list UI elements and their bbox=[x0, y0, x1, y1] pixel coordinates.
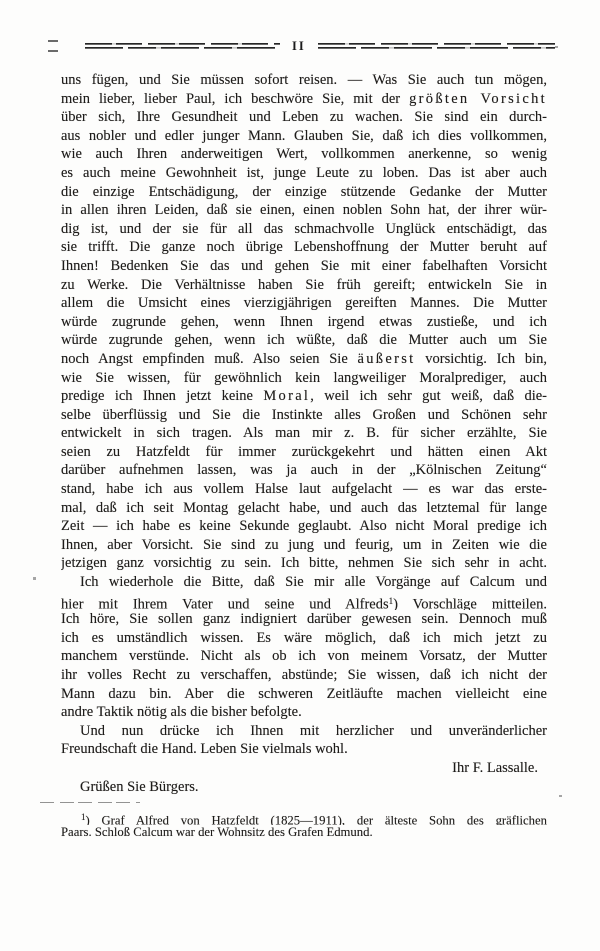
letter-line: Ihnen, aber Vorsicht. Sie sind zu jung u… bbox=[61, 536, 547, 555]
letter-line: jetzigen ganz vorsichtig zu sein. Ich bi… bbox=[61, 554, 547, 573]
letter-line: allem die Umsicht eines vierzigjährigen … bbox=[61, 294, 547, 313]
letter-line: uns fügen, und Sie müssen sofort reisen.… bbox=[61, 71, 547, 90]
head-rule-right bbox=[318, 43, 555, 49]
letter-line: Freundschaft die Hand. Leben Sie vielmal… bbox=[61, 740, 547, 759]
scan-speck bbox=[33, 577, 36, 580]
letter-text: uns fügen, und Sie müssen sofort reisen.… bbox=[61, 71, 547, 796]
letter-body: uns fügen, und Sie müssen sofort reisen.… bbox=[61, 71, 547, 759]
footnote-separator bbox=[40, 801, 140, 803]
letter-line: die einzige Entschädigung, der einzige s… bbox=[61, 183, 547, 202]
letter-line: dig ist, und der sie für all das schmach… bbox=[61, 220, 547, 239]
letter-signature: Ihr F. Lassalle. bbox=[61, 759, 547, 778]
letter-line: in allen ihren Leiden, daß sie einen, ei… bbox=[61, 201, 547, 220]
footnote-text: ) Graf Alfred von Hatzfeldt (1825—1911),… bbox=[86, 814, 548, 826]
scan-artifact bbox=[48, 40, 58, 52]
book-page: II uns fügen, und Sie müssen sofort reis… bbox=[0, 0, 600, 951]
letter-line: andre Taktik nötig als die bisher befolg… bbox=[61, 703, 547, 722]
scan-speck bbox=[555, 46, 558, 48]
letter-line: mal, daß ich seit Montag gelacht habe, u… bbox=[61, 499, 547, 518]
letter-line: predige ich Ihnen jetzt keine Moral, wei… bbox=[61, 387, 547, 406]
letter-line: hier mit Ihrem Vater und seine und Alfre… bbox=[61, 592, 547, 611]
letter-line: sie trifft. Die ganze noch übrige Lebens… bbox=[61, 238, 547, 257]
letter-postscript: Grüßen Sie Bürgers. bbox=[61, 778, 547, 797]
scan-speck bbox=[559, 795, 562, 797]
letter-line: Ich wiederhole die Bitte, daß Sie mir al… bbox=[61, 573, 547, 592]
letter-line: darüber aufnehmen lassen, was ja auch in… bbox=[61, 461, 547, 480]
letter-line: über sich, Ihre Gesundheit und Leben zu … bbox=[61, 108, 547, 127]
letter-line: Ich höre, Sie sollen ganz indigniert dar… bbox=[61, 610, 547, 629]
letter-line: Und nun drücke ich Ihnen mit herzlicher … bbox=[61, 722, 547, 741]
letter-line: mein lieber, lieber Paul, ich beschwöre … bbox=[61, 90, 547, 109]
letter-line: stand, habe ich aus vollem Halse laut au… bbox=[61, 480, 547, 499]
letter-line: Zeit — ich habe es keine Sekunde geglaub… bbox=[61, 517, 547, 536]
letter-line: seien zu Hatzfeldt für immer zurückgekeh… bbox=[61, 443, 547, 462]
letter-line: Mann dazu bin. Aber die schweren Zeitläu… bbox=[61, 685, 547, 704]
footnote-line: 1) Graf Alfred von Hatzfeldt (1825—1911)… bbox=[61, 810, 547, 825]
letter-line: aus nobler und edler junger Mann. Glaube… bbox=[61, 127, 547, 146]
letter-line: würde zugrunde gehen, wenn ich wüßte, da… bbox=[61, 331, 547, 350]
footnote-line: Paars. Schloß Calcum war der Wohnsitz de… bbox=[61, 825, 547, 840]
letter-line: selbe überflüssig und Sie die Instinkte … bbox=[61, 406, 547, 425]
letter-line: wie Sie wissen, für gewöhnlich kein lang… bbox=[61, 369, 547, 388]
letter-line: ich es umständlich wissen. Es wäre mögli… bbox=[61, 629, 547, 648]
footnote: 1) Graf Alfred von Hatzfeldt (1825—1911)… bbox=[61, 810, 547, 841]
letter-line: manchem verstünde. Nicht als ob ich von … bbox=[61, 647, 547, 666]
running-head: II bbox=[48, 38, 555, 53]
letter-line: wie auch Ihren anderweitigen Wert, vollk… bbox=[61, 145, 547, 164]
letter-line: ihr volles Recht zu verschaffen, abstünd… bbox=[61, 666, 547, 685]
letter-line: entwickelt in sich tragen. Als man mir z… bbox=[61, 424, 547, 443]
letter-line: zu Werke. Die Verhältnisse haben Sie frü… bbox=[61, 276, 547, 295]
letter-line: würde zugrunde gehen, wenn Ihnen irgend … bbox=[61, 313, 547, 332]
page-number: II bbox=[292, 39, 306, 53]
head-rule-left bbox=[85, 43, 280, 49]
letter-line: Ihnen! Bedenken Sie das und gehen Sie mi… bbox=[61, 257, 547, 276]
letter-line: noch Angst empfinden muß. Also seien Sie… bbox=[61, 350, 547, 369]
letter-line: es auch meine Gewohnheit ist, junge Leut… bbox=[61, 164, 547, 183]
